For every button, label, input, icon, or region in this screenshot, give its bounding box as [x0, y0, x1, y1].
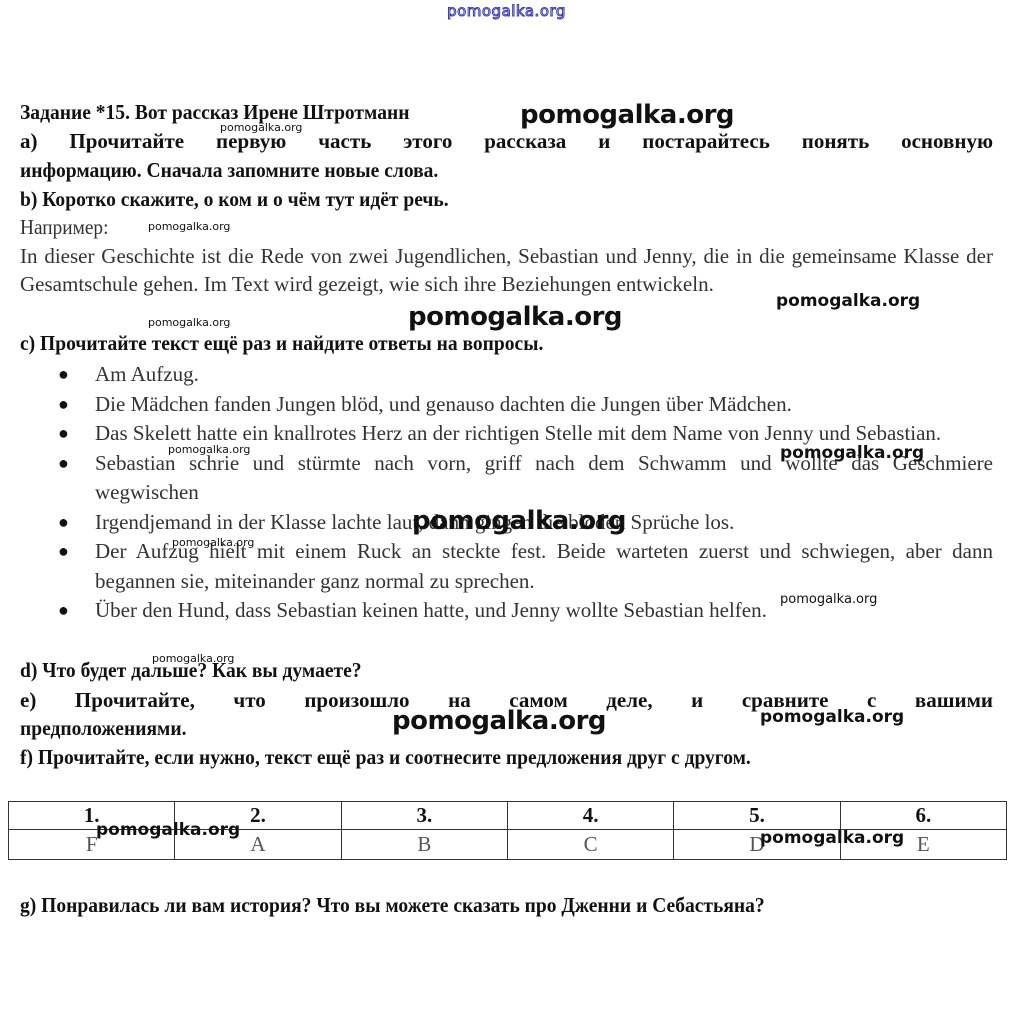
watermark: pomogalka.org: [520, 100, 734, 130]
watermark: pomogalka.org: [96, 820, 240, 840]
watermark: pomogalka.org: [148, 220, 230, 233]
list-item: ●Die Mädchen fanden Jungen blöd, und gen…: [0, 390, 993, 420]
bullet-icon: ●: [58, 449, 69, 479]
site-watermark-header: pomogalka.org: [0, 2, 1013, 20]
bullet-icon: ●: [58, 419, 69, 449]
task-title: Задание *15. Вот рассказ Ирене Штротманн: [20, 100, 409, 125]
bullet-icon: ●: [58, 390, 69, 420]
table-cell: B: [341, 830, 507, 860]
watermark: pomogalka.org: [152, 652, 234, 665]
instruction-a: a) Прочитайте первую часть этого рассказ…: [20, 129, 993, 154]
instruction-a-continued: информацию. Сначала запомните новые слов…: [20, 158, 438, 183]
bullet-icon: ●: [58, 508, 69, 538]
example-label: Например:: [20, 215, 108, 240]
example-text: In dieser Geschichte ist die Rede von zw…: [20, 242, 993, 298]
instruction-b: b) Коротко скажите, о ком и о чём тут ид…: [20, 187, 449, 212]
watermark: pomogalka.org: [760, 828, 904, 848]
watermark: pomogalka.org: [168, 443, 250, 456]
watermark: pomogalka.org: [220, 121, 302, 134]
bullet-icon: ●: [58, 596, 69, 626]
watermark: pomogalka.org: [780, 592, 877, 607]
bullet-icon: ●: [58, 360, 69, 390]
table-header-cell: 4.: [507, 802, 673, 830]
bullet-icon: ●: [58, 537, 69, 567]
watermark: pomogalka.org: [760, 707, 904, 727]
watermark: pomogalka.org: [776, 291, 920, 311]
answer-list: ●Am Aufzug. ●Die Mädchen fanden Jungen b…: [0, 360, 1013, 626]
list-item: ●Der Aufzug hielt mit einem Ruck an stec…: [0, 537, 993, 596]
watermark: pomogalka.org: [392, 706, 606, 736]
watermark: pomogalka.org: [408, 302, 622, 332]
instruction-c: c) Прочитайте текст ещё раз и найдите от…: [20, 331, 543, 356]
watermark: pomogalka.org: [780, 443, 924, 463]
watermark: pomogalka.org: [412, 506, 626, 536]
instruction-f: f) Прочитайте, если нужно, текст ещё раз…: [20, 745, 751, 770]
list-item: ●Am Aufzug.: [0, 360, 993, 390]
table-header-cell: 6.: [840, 802, 1006, 830]
table-header-cell: 5.: [674, 802, 840, 830]
instruction-g: g) Понравилась ли вам история? Что вы мо…: [20, 893, 765, 918]
watermark: pomogalka.org: [172, 536, 254, 549]
table-cell: C: [507, 830, 673, 860]
instruction-e-continued: предположениями.: [20, 716, 186, 741]
watermark: pomogalka.org: [148, 316, 230, 329]
table-header-cell: 3.: [341, 802, 507, 830]
